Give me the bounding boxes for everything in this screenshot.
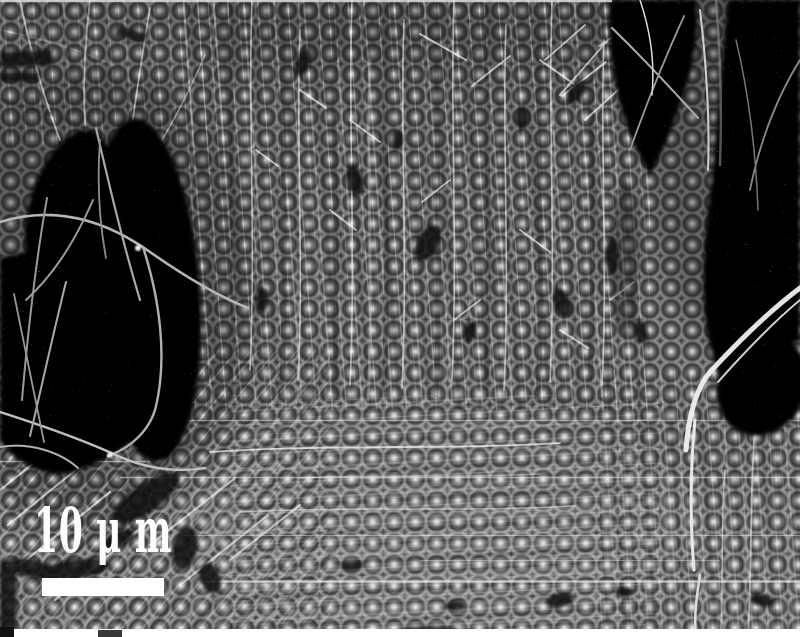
sem-micrograph: 10 μ m bbox=[0, 0, 800, 637]
top-border-line bbox=[0, 0, 612, 2]
bottom-left-dark-corner bbox=[0, 627, 14, 637]
scale-bar-label: 10 μ m bbox=[34, 494, 172, 567]
scale-bar-rule bbox=[42, 578, 164, 596]
bottom-dark-nub bbox=[98, 630, 122, 637]
scale-bar: 10 μ m bbox=[34, 494, 172, 596]
micrograph-canvas: 10 μ m bbox=[0, 0, 800, 637]
